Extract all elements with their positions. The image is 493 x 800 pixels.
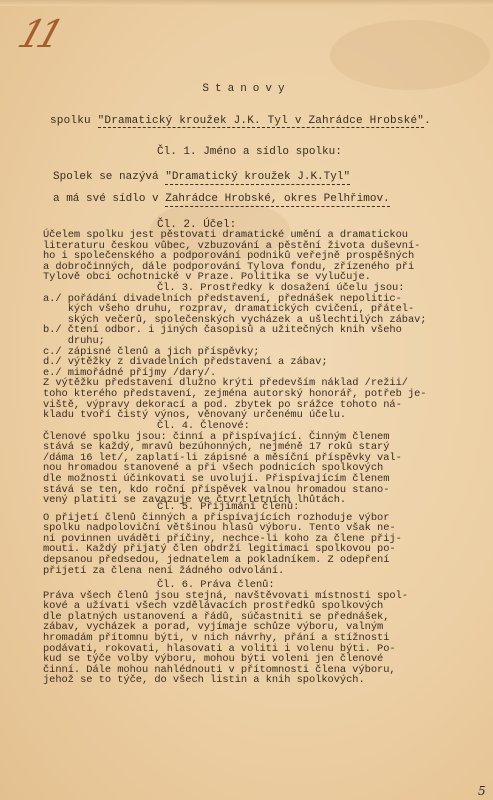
document-subtitle: spolku "Dramatický kroužek J.K. Tyl v Za… (50, 115, 431, 127)
article-6-heading: Čl. 6. Práva členů: (43, 580, 408, 591)
article-6: Čl. 6. Práva členů: Práva všech členů js… (43, 580, 408, 686)
subtitle-prefix: spolku (50, 115, 98, 127)
article-5: Čl. 5. Přijímání členů: O přijetí členů … (43, 502, 402, 576)
article-5-heading: Čl. 5. Přijímání členů: (43, 502, 402, 513)
text-line: jehož se to týče, do všech listin a knih… (43, 675, 408, 686)
text-line: přijetí za člena není žádného odvolání. (43, 566, 402, 577)
article-3: Čl. 3. Prostředky k dosažení účelu jsou:… (43, 283, 427, 421)
association-name-underlined: "Dramatický kroužek J.K.Tyl" (165, 171, 350, 185)
handwritten-page-number: 5 (478, 784, 486, 798)
paper-stain (330, 20, 490, 90)
article-1-heading: Čl. 1. Jméno a sídlo spolku: (157, 146, 342, 158)
article-1-line-1: Spolek se nazývá "Dramatický kroužek J.K… (53, 171, 350, 183)
article-2-body: Účelem spolku jest pěstovati dramatické … (43, 230, 420, 283)
text-line: hromadám přítomnu býti, v nich návrhy, p… (43, 633, 408, 644)
line-prefix: a má své sídlo v (53, 193, 165, 205)
association-name: "Dramatický kroužek J.K. Tyl v Zahrádce … (98, 115, 424, 128)
document-page: 11 Stanovy spolku "Dramatický kroužek J.… (0, 0, 493, 800)
text-line: depsanou předsedou, jednatelem a pokladn… (43, 555, 402, 566)
paper-edge (0, 0, 493, 6)
seat-underlined: Zahrádce Hrobské, okres Pelhřimov. (165, 193, 389, 207)
document-title: Stanovy (0, 83, 493, 95)
text-line: druhu; (43, 336, 427, 347)
article-4-heading: Čl. 4. Členové: (43, 421, 402, 432)
article-3-heading: Čl. 3. Prostředky k dosažení účelu jsou: (43, 283, 427, 294)
handwritten-folio-mark: 11 (13, 12, 64, 56)
text-line: Účelem spolku jest pěstovati dramatické … (43, 230, 420, 241)
subtitle-suffix: . (424, 115, 431, 127)
article-4: Čl. 4. Členové: Členové spolku jsou: čin… (43, 421, 402, 506)
text-line: toho kterého představení, zejména autors… (43, 389, 427, 400)
article-1-line-2: a má své sídlo v Zahrádce Hrobské, okres… (53, 193, 390, 205)
text-line: dle možnosti účinkovati se uvolují. Přis… (43, 474, 402, 485)
line-prefix: Spolek se nazývá (53, 171, 165, 183)
